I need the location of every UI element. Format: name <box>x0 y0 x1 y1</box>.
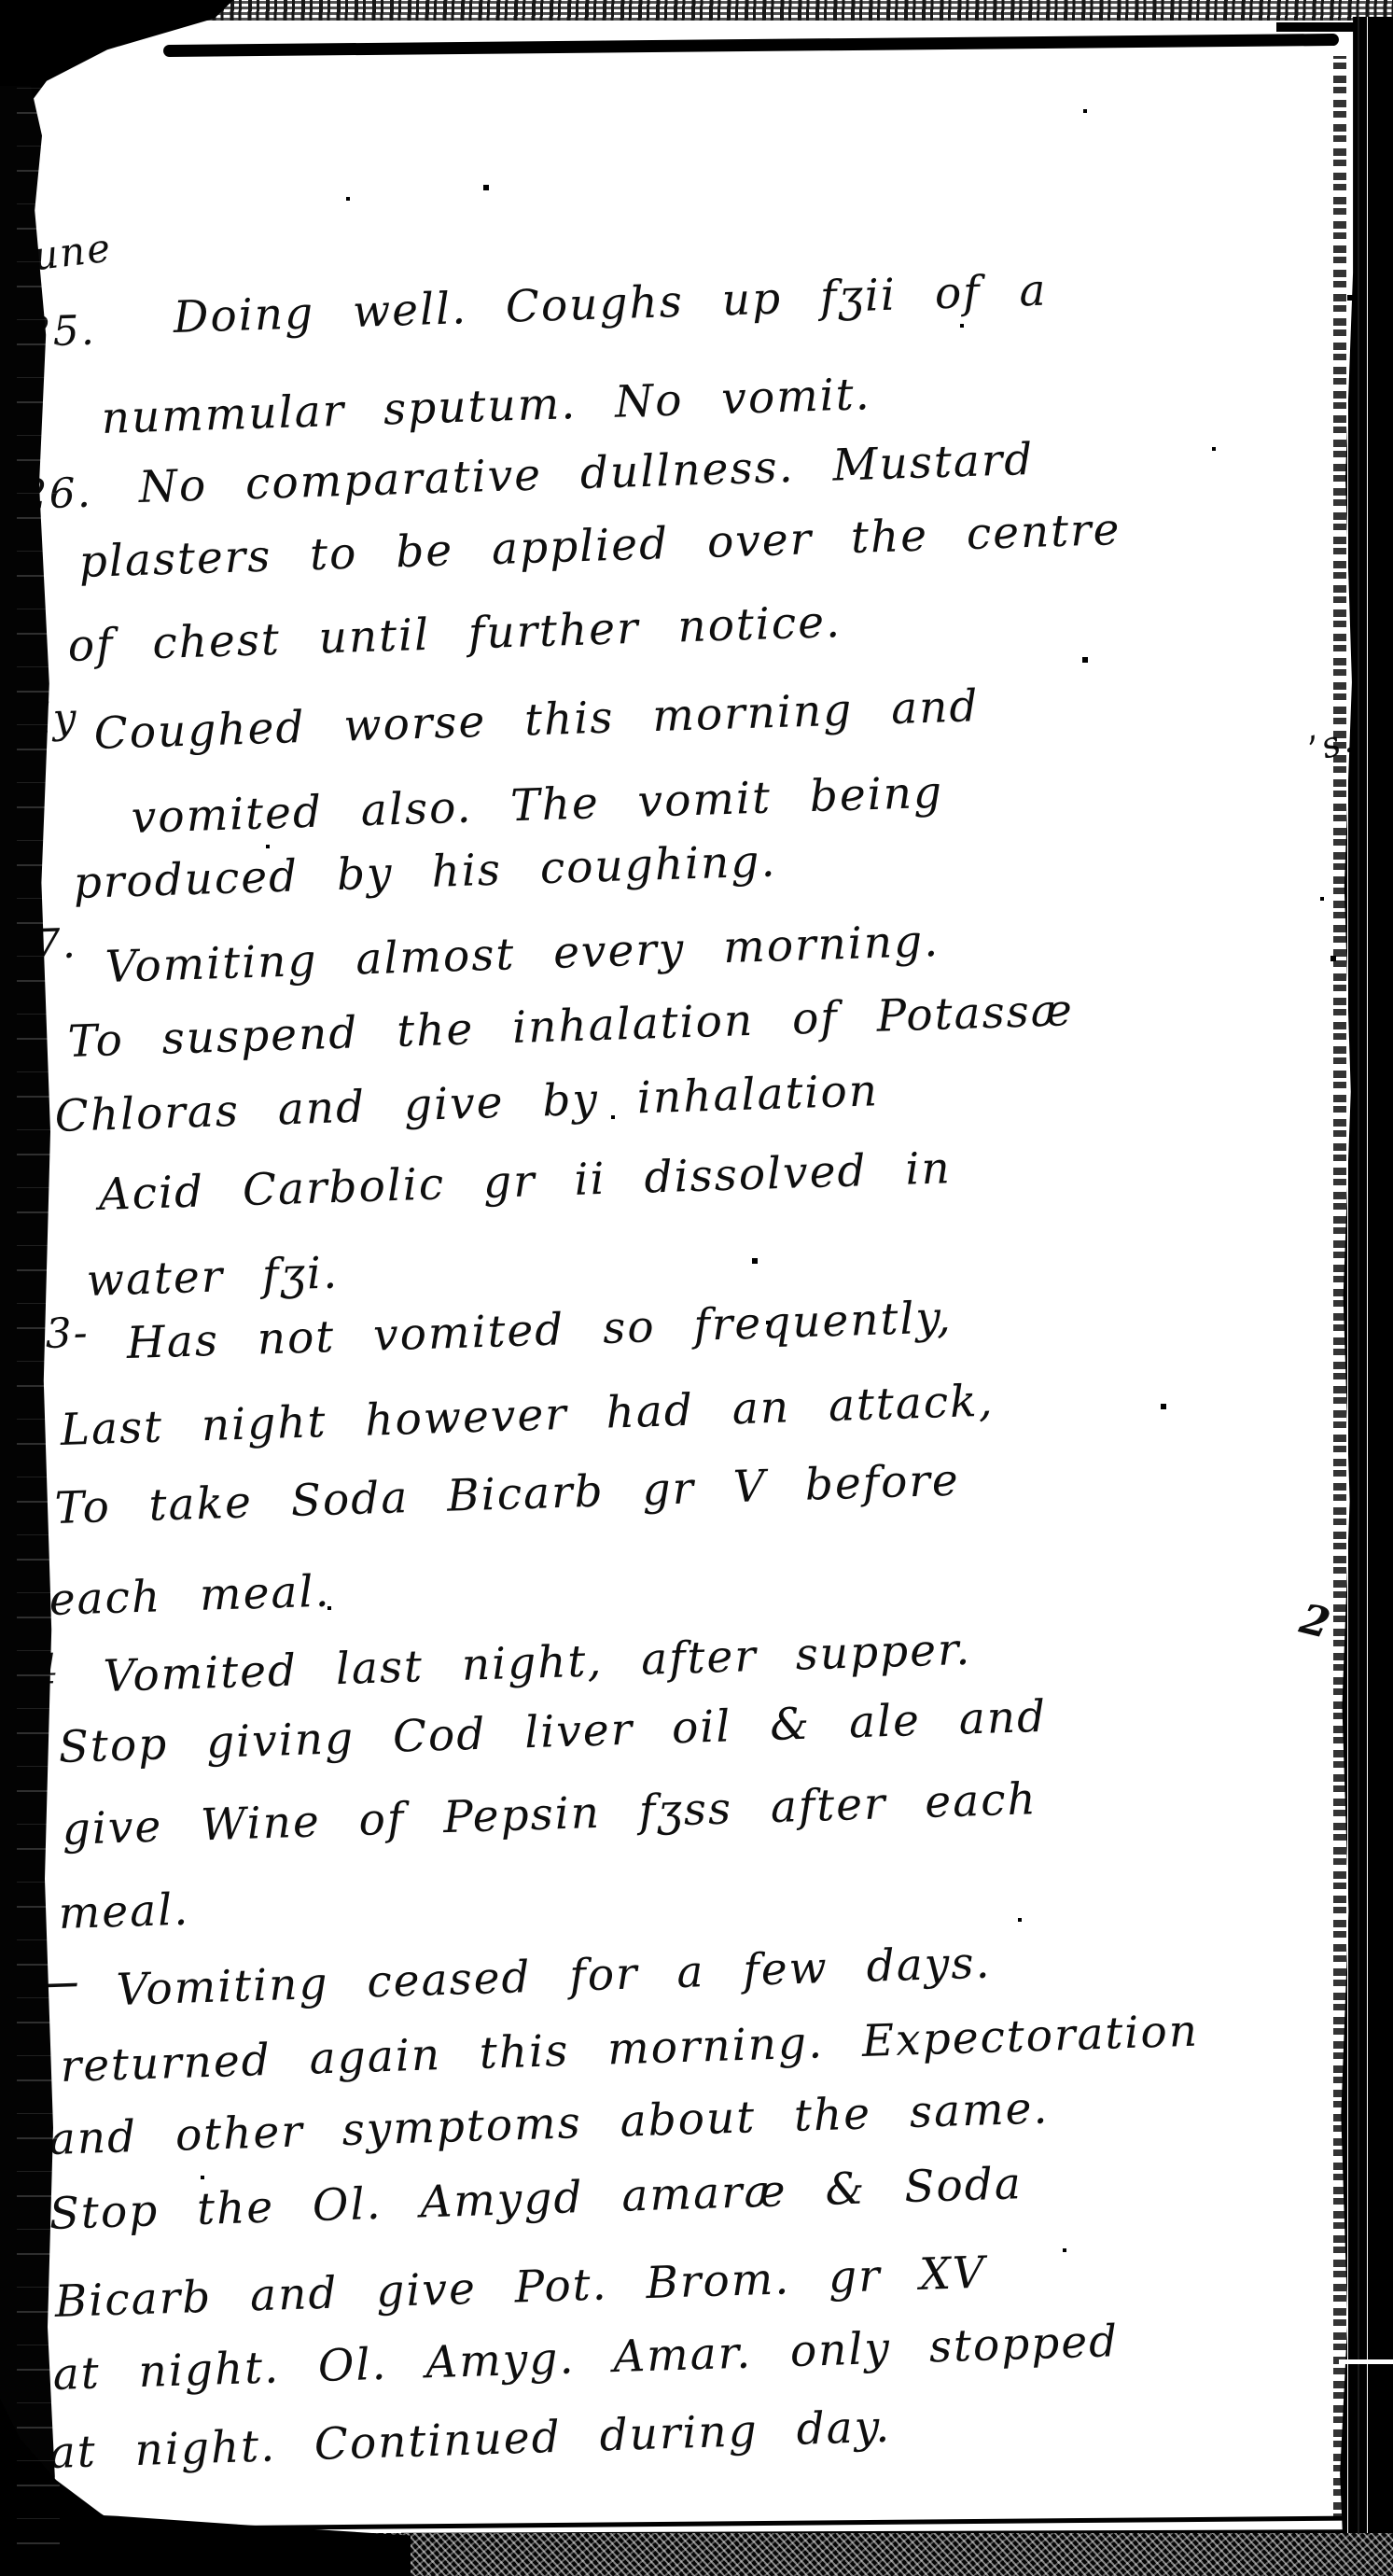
entry-line: Last night however had an attack, <box>60 1379 995 1454</box>
entry-line: plasters to be applied over the centre <box>78 507 1121 585</box>
entry-line: give Wine of Pepsin fʒss after each <box>62 1776 1038 1853</box>
scan-binding-gap <box>1339 2359 1393 2364</box>
entry-line: water fʒi. <box>86 1251 340 1305</box>
entry-line: To take Soda Bicarb gr V before <box>54 1458 960 1533</box>
journal-page: June 25. Doing well. Coughs up fʒii of a… <box>0 0 1393 2576</box>
entry-line: returned again this morning. Expectorati… <box>60 2009 1200 2091</box>
entry-line: Stop giving Cod liver oil & ale and <box>58 1694 1048 1771</box>
stray-ink-mark: 2 <box>1296 1598 1336 1647</box>
scan-binding-right <box>1339 17 1393 2576</box>
entry-line: of chest until further notice. <box>67 599 843 669</box>
entry-line: Has not vomited so frequently, <box>126 1295 953 1366</box>
scan-page-bottom-edge <box>187 2516 1344 2531</box>
entry-line: nummular sputum. No vomit. <box>101 371 871 441</box>
entry-line: produced by his coughing. <box>73 838 777 906</box>
entry-line: No comparative dullness. Mustard <box>138 437 1035 511</box>
scan-binding-fringe <box>1333 56 1346 2520</box>
entry-line: Coughed worse this morning and <box>93 683 980 757</box>
entry-line: at night. Ol. Amyg. Amar. only stopped <box>52 2318 1120 2398</box>
entry-line: and other symptoms about the same. <box>49 2085 1050 2163</box>
entry-line: each meal. <box>49 1569 331 1624</box>
entry-line: Stop the Ol. Amygd amaræ & Soda <box>49 2161 1024 2237</box>
entry-line: vomited also. The vomit being <box>131 770 944 842</box>
entry-line: To suspend the inhalation of Potassæ <box>67 987 1075 1065</box>
entry-line: Bicarb and give Pot. Brom. gr XV <box>54 2250 987 2326</box>
entry-line: Vomiting ceased for a few days. <box>116 1940 992 2014</box>
entry-line: Vomiting almost every morning. <box>104 918 940 990</box>
entry-line: Vomited last night, after supper. <box>103 1627 972 1701</box>
entry-line: at night. Continued during day. <box>49 2404 892 2477</box>
entry-line: Chloras and give by inhalation <box>54 1068 880 1140</box>
entry-line: Doing well. Coughs up fʒii of a <box>173 268 1048 342</box>
scan-page-top-edge <box>163 34 1339 57</box>
entry-line: Acid Carbolic gr ii dissolved in <box>98 1145 952 1218</box>
entry-line: meal. <box>58 1887 190 1938</box>
